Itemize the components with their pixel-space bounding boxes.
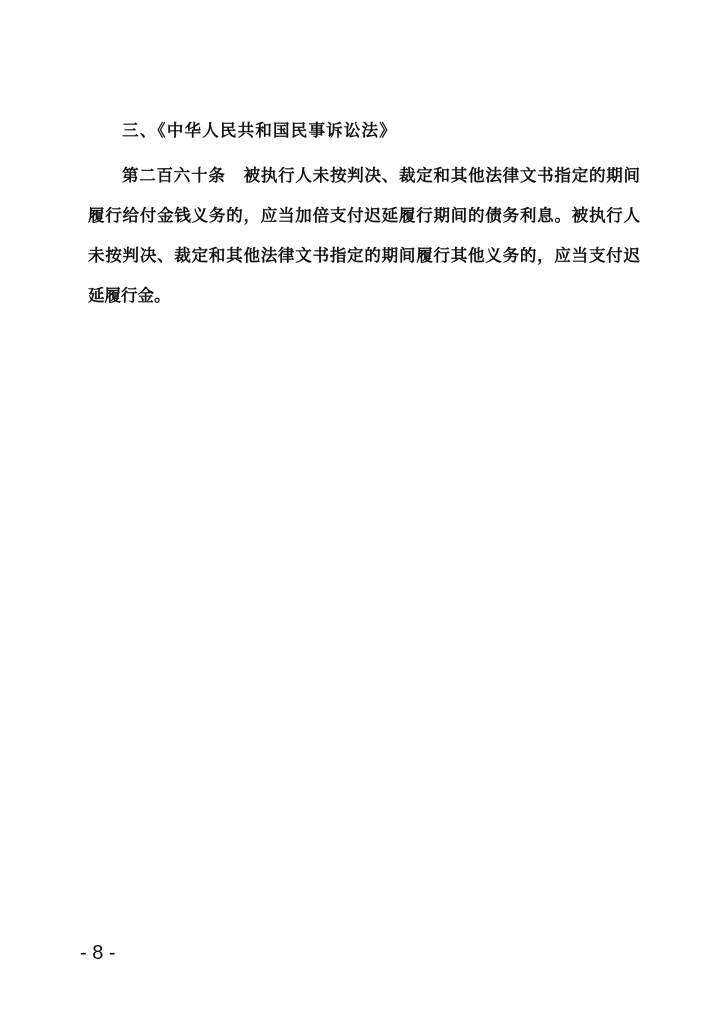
page-number: - 8 -: [80, 938, 116, 968]
document-page: 三、《中华人民共和国民事诉讼法》 第二百六十条被执行人未按判决、裁定和其他法律文…: [0, 0, 717, 1024]
article-text-line-4: 延履行金。: [88, 276, 640, 316]
article-text-line-3: 未按判决、裁定和其他法律文书指定的期间履行其他义务的，应当支付迟: [88, 236, 640, 276]
article-line-1: 第二百六十条被执行人未按判决、裁定和其他法律文书指定的期间: [88, 156, 640, 196]
article-text-line-2: 履行给付金钱义务的，应当加倍支付迟延履行期间的债务利息。被执行人: [88, 196, 640, 236]
article-text-line-1: 被执行人未按判决、裁定和其他法律文书指定的期间: [244, 166, 640, 185]
document-body: 三、《中华人民共和国民事诉讼法》 第二百六十条被执行人未按判决、裁定和其他法律文…: [88, 116, 640, 316]
article-paragraph: 第二百六十条被执行人未按判决、裁定和其他法律文书指定的期间 履行给付金钱义务的，…: [88, 156, 640, 316]
article-number: 第二百六十条: [122, 166, 226, 185]
section-heading: 三、《中华人民共和国民事诉讼法》: [88, 116, 640, 146]
